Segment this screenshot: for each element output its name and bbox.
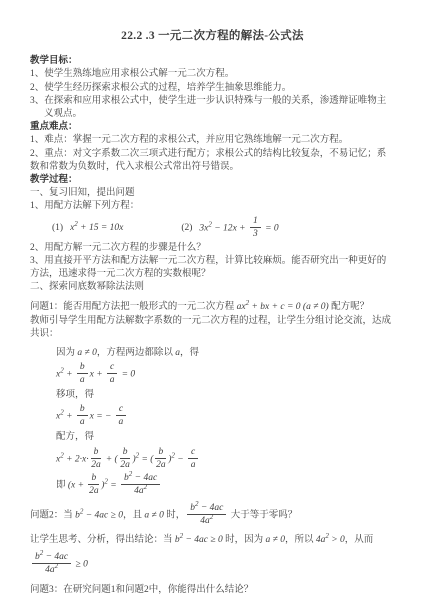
solve-prompt: 1、用配方法解下列方程： [30, 200, 395, 213]
problem-2: 问题2：当 b2 − 4ac ≥ 0，且 a ≠ 0 时，b2 − 4ac4a2… [30, 504, 395, 527]
equation-2: 3x2 − 12x + 13 = 0 [199, 217, 278, 240]
derivation-eq-divided: x2 + bax + ca = 0 [56, 363, 395, 386]
analysis-line: 让学生思考、分析，得出结论：当 b2 − 4ac ≥ 0 时，因为 a ≠ 0，… [30, 534, 395, 547]
equation-1: x2 + 15 = 10x [70, 222, 123, 235]
objectives-heading: 教学目标： [30, 55, 395, 68]
lesson-plan-document: 22.2 .3 一元二次方程的解法-公式法 教学目标： 1、使学生熟练地应用求根… [0, 0, 423, 600]
derivation-complete-label: 配方，得 [56, 431, 395, 444]
teacher-guide-note: 教师引导学生用配方法解数字系数的一元二次方程的过程，让学生分组讨论交流，达成共识… [30, 315, 395, 341]
derivation-eq-completed: x2 + 2·x·b2a + (b2a)2 = (b2a)2 − ca [56, 448, 395, 471]
explore-section-heading: 二、探索同底数幂除法法则 [30, 281, 395, 294]
key-points-heading: 重点难点： [30, 121, 395, 134]
key-point-item-2: 2、重点：对文字系数二次三项式进行配方；求根公式的结构比较复杂，不易记忆；系数和… [30, 148, 395, 174]
key-point-item-1: 1、难点：掌握一元二次方程的求根公式，并应用它熟练地解一元二次方程。 [30, 134, 395, 147]
objective-item-3: 3、在探索和应用求根公式中，使学生进一步认识特殊与一般的关系，渗透辩证唯物主义观… [30, 95, 395, 121]
question-better-method: 3、用直接开平方法和配方法解一元二次方程，计算比较麻烦。能否研究出一种更好的方法… [30, 255, 395, 281]
page-title: 22.2 .3 一元二次方程的解法-公式法 [30, 30, 395, 43]
equation-2-label: (2) [181, 222, 192, 235]
derivation-eq-moved: x2 + bax = − ca [56, 405, 395, 428]
derivation-eq-result: 即 (x + b2a)2 = b2 − 4ac4a2 [56, 474, 395, 497]
question-steps: 2、用配方解一元二次方程的步骤是什么？ [30, 242, 395, 255]
problem-3: 问题3：在研究问题1和问题2中，你能得出什么结论？ [30, 584, 395, 597]
process-heading: 教学过程： [30, 174, 395, 187]
conclusion-equation: b2 − 4ac4a2 ≥ 0 [30, 553, 395, 576]
derivation-because: 因为 a ≠ 0，方程两边都除以 a，得 [56, 347, 395, 360]
practice-equations-row: (1) x2 + 15 = 10x (2) 3x2 − 12x + 13 = 0 [30, 217, 395, 240]
objective-item-1: 1、使学生熟练地应用求根公式解一元二次方程。 [30, 68, 395, 81]
objective-item-2: 2、使学生经历探索求根公式的过程，培养学生抽象思维能力。 [30, 82, 395, 95]
derivation-move-label: 移项，得 [56, 389, 395, 402]
equation-1-label: (1) [52, 222, 63, 235]
derivation-block: 因为 a ≠ 0，方程两边都除以 a，得 x2 + bax + ca = 0 移… [56, 347, 395, 497]
review-section-heading: 一、复习旧知，提出问题 [30, 187, 395, 200]
problem-1: 问题1：能否用配方法把一般形式的一元二次方程 ax2 + bx + c = 0 … [30, 301, 395, 314]
